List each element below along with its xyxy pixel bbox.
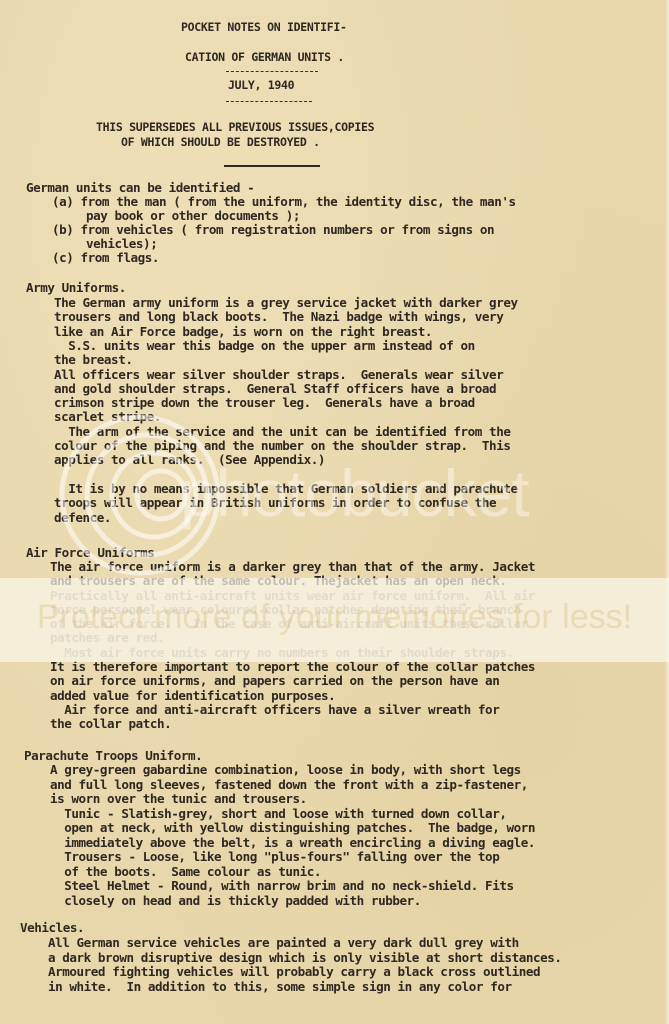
section-heading-vehicles: Vehicles.: [20, 921, 84, 935]
section-text-line: a dark brown disruptive design which is …: [48, 951, 562, 965]
intro-item-b: (b) from vehicles ( from registration nu…: [52, 223, 494, 237]
intro-heading: German units can be identified -: [26, 181, 254, 195]
section-text-line: S.S. units wear this badge on the upper …: [54, 339, 475, 353]
notice-line-2: OF WHICH SHOULD BE DESTROYED .: [121, 135, 320, 149]
section-text-line: and full long sleeves, fastened down the…: [50, 778, 528, 792]
document-date: JULY, 1940: [228, 78, 294, 92]
section-rule: [224, 165, 320, 167]
section-text-line: immediately above the belt, is a wreath …: [50, 836, 535, 850]
section-text-line: the breast.: [54, 353, 132, 367]
section-text-line: All German service vehicles are painted …: [48, 936, 519, 950]
title-line-1: POCKET NOTES ON IDENTIFI-: [181, 20, 347, 34]
section-text-line: closely on head and is thickly padded wi…: [50, 894, 421, 908]
intro-item-b-cont: vehicles);: [86, 237, 157, 251]
paper-edge: [664, 0, 669, 1024]
section-text-line: Armoured fighting vehicles will probably…: [48, 965, 540, 979]
section-text-line: added value for identification purposes.: [50, 689, 335, 703]
title-line-2: CATION OF GERMAN UNITS .: [185, 50, 344, 64]
section-text-line: trousers and long black boots. The Nazi …: [54, 310, 503, 324]
section-text-line: crimson stripe down the trouser leg. Gen…: [54, 396, 475, 410]
dashed-divider: [226, 101, 312, 102]
section-text-line: Air force and anti-aircraft officers hav…: [50, 703, 499, 717]
section-text-line: open at neck, with yellow distinguishing…: [50, 821, 535, 835]
section-text-line: on air force uniforms, and papers carrie…: [50, 674, 499, 688]
intro-item-a-cont: pay book or other documents );: [86, 209, 300, 223]
section-text-line: The German army uniform is a grey servic…: [54, 296, 518, 310]
section-text-line: and gold shoulder straps. General Staff …: [54, 382, 496, 396]
watermark-logo-text: photobucket: [180, 455, 529, 531]
section-heading-parachute: Parachute Troops Uniform.: [24, 749, 202, 763]
section-text-line: It is therefore important to report the …: [50, 660, 535, 674]
section-text-line: Tunic - Slatish-grey, short and loose wi…: [50, 807, 506, 821]
section-text-line: A grey-green gabardine combination, loos…: [50, 763, 521, 777]
dashed-divider: [226, 71, 318, 72]
section-text-line: the collar patch.: [50, 717, 171, 731]
intro-item-c: (c) from flags.: [52, 251, 159, 265]
intro-item-a: (a) from the man ( from the uniform, the…: [52, 195, 516, 209]
section-text-line: Steel Helmet - Round, with narrow brim a…: [50, 879, 514, 893]
section-text-line: in white. In addition to this, some simp…: [48, 980, 512, 994]
watermark-banner-text: Protect more of your memories for less!: [0, 598, 669, 637]
section-text-line: Trousers - Loose, like long "plus-fours"…: [50, 850, 499, 864]
section-text-line: of the boots. Same colour as tunic.: [50, 865, 321, 879]
section-heading-army: Army Uniforms.: [26, 281, 126, 295]
section-text-line: like an Air Force badge, is worn on the …: [54, 325, 432, 339]
section-text-line: is worn over the tunic and trousers.: [50, 792, 307, 806]
notice-line-1: THIS SUPERSEDES ALL PREVIOUS ISSUES,COPI…: [96, 120, 374, 134]
section-text-line: All officers wear silver shoulder straps…: [54, 368, 503, 382]
